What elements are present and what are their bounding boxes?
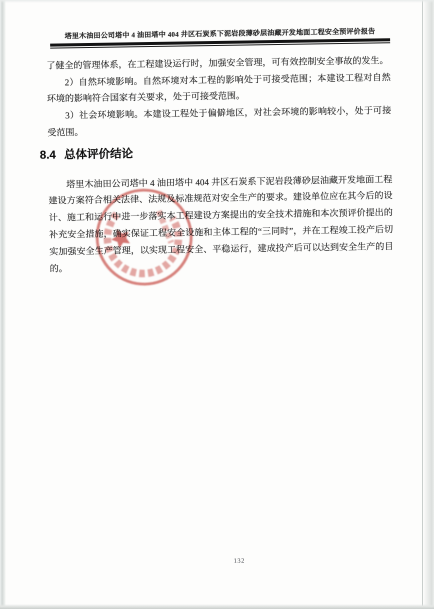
seal-inner-text-illegible [159,211,172,243]
page-number: 132 [8,554,434,568]
body-paragraph: 2）自然环境影响。自然环境对本工程的影响处于可接受范围；本建设工程对自然环境的影… [47,69,391,108]
seal-arc-text-illegible [107,213,179,274]
scan-edge-right [422,0,434,609]
scan-edge-left [0,0,6,609]
scan-edge-top [0,0,434,3]
scanned-page: 塔里木油田公司塔中 4 油田塔中 404 井区石炭系下泥岩段薄砂层油藏开发地面工… [0,0,434,609]
body-paragraph: 3）社会环境影响。本建设工程处于偏僻地区，对社会环境的影响较小，处于可接受范围。 [47,102,391,141]
scan-edge-bottom [0,604,434,609]
section-heading: 8.4 总体评价结论 [40,142,392,164]
red-seal-stamp [82,176,206,300]
